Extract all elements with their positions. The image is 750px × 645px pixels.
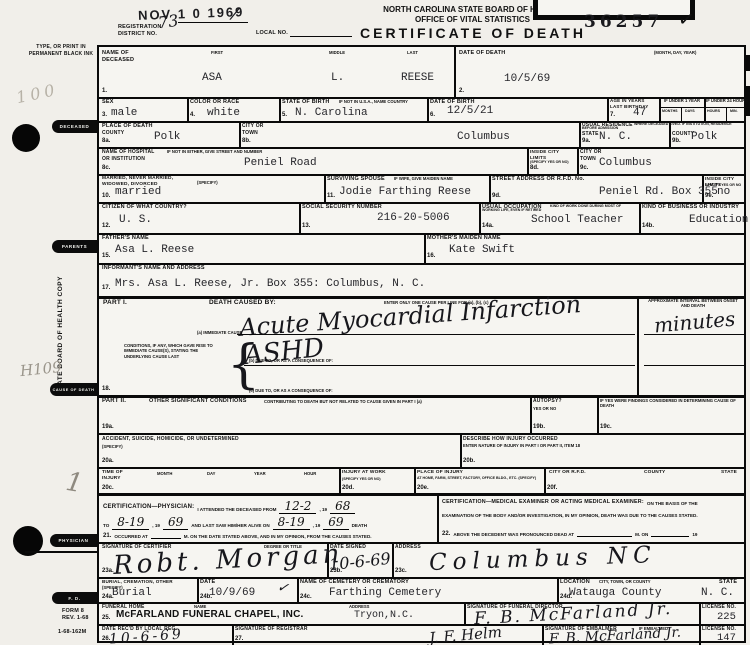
- res-sub: WHERE DECEASED LIVED. IF INSTITUTION, RE…: [582, 122, 742, 131]
- item-3: 3.: [102, 112, 107, 118]
- sex-value: male: [111, 107, 137, 119]
- res-city-value: Columbus: [599, 157, 652, 169]
- injury-city-label: CITY OR R.F.D.: [549, 470, 586, 476]
- under24-hours: HOURS: [707, 109, 720, 113]
- name-last-sub: LAST: [407, 50, 418, 55]
- marital-value: married: [115, 186, 161, 198]
- certme-text-3: ABOVE THE DECEDENT WAS PRONOUNCED DEAD A…: [453, 532, 574, 537]
- part2-conditions: OTHER SIGNIFICANT CONDITIONS: [149, 398, 247, 405]
- item-6: 6.: [430, 112, 435, 118]
- margin-tab-physician: PHYSICIAN: [50, 534, 97, 547]
- cemetery-value: Farthing Cemetery: [329, 587, 441, 599]
- dob-value: 12/5/21: [447, 105, 493, 117]
- item-12: 12.: [102, 223, 110, 229]
- work-label: INJURY AT WORK: [342, 470, 397, 476]
- citizen-label: CITIZEN OF WHAT COUNTRY?: [102, 204, 187, 211]
- print-instruction: TYPE, OR PRINT IN PERMANENT BLACK INK: [28, 44, 94, 57]
- industry-value: Education: [689, 214, 748, 226]
- conditions-note: CONDITIONS, IF ANY, WHICH GAVE RISE TO I…: [124, 343, 224, 359]
- accident-sub: (SPECIFY): [102, 444, 123, 449]
- icl1-sub: (SPECIFY YES OR NO): [530, 160, 572, 164]
- line-c-label: (c) DUE TO, OR AS A CONSEQUENCE OF:: [249, 388, 333, 393]
- sob-value: N. Carolina: [295, 107, 368, 119]
- lic1-value: 225: [717, 611, 736, 623]
- res-state-value: N. C.: [599, 131, 632, 143]
- occ-sub: KIND OF WORK DONE DURING MOST OF WORKING…: [482, 204, 632, 213]
- pencil-mark-1: 1: [64, 467, 86, 499]
- form-print-run: 1-68-162M: [58, 629, 86, 636]
- item-19c: 19c.: [600, 424, 612, 430]
- interval-b-blank: [644, 365, 744, 366]
- part2-note: CONTRIBUTING TO DEATH BUT NOT RELATED TO…: [264, 399, 422, 404]
- certp-text-3: AND LAST SAW HIM/HER ALIVE ON: [191, 523, 269, 528]
- bdate-label: DATE: [200, 579, 215, 586]
- item-20f: 20f.: [547, 485, 557, 491]
- part1-label: PART I.: [103, 299, 127, 307]
- bstate-value: N. C.: [701, 587, 734, 599]
- under24-min: MIN.: [730, 109, 738, 113]
- item-20c: 20c.: [102, 485, 114, 491]
- item-9d: 9d.: [492, 193, 501, 199]
- pencil-mark-100: 100: [14, 80, 60, 107]
- margin-tab-deceased: DECEASED: [52, 120, 97, 133]
- item-24c: 24c.: [300, 594, 312, 600]
- accident-label: ACCIDENT, SUICIDE, HOMICIDE, OR UNDETERM…: [102, 436, 239, 443]
- handwritten-attended-to-year: 69: [163, 515, 188, 530]
- name-label: NAME OF DECEASED: [102, 50, 148, 64]
- item-5: 5.: [282, 112, 287, 118]
- line-b-blank: [244, 365, 635, 366]
- toi-hour: HOUR: [304, 471, 316, 476]
- fh-value: McFARLAND FUNERAL CHAPEL, INC.: [116, 609, 303, 620]
- part1-caused-by: DEATH CAUSED BY:: [209, 299, 276, 307]
- item-19a: 19a.: [102, 424, 114, 430]
- item-21: 21.: [103, 533, 111, 539]
- name-first-sub: FIRST: [211, 50, 223, 55]
- how-note: ENTER NATURE OF INJURY IN PART I OR PART…: [463, 443, 580, 448]
- certme-text-4: M. ON: [635, 532, 648, 537]
- item-9a: 9a.: [582, 138, 590, 144]
- name-first-value: ASA: [202, 72, 222, 84]
- bloc-label: LOCATION: [560, 579, 590, 586]
- mother-value: Kate Swift: [449, 244, 515, 256]
- certp-text-6: M. ON THE DATE STATED ABOVE, AND IN MY O…: [184, 534, 372, 539]
- item-8c: 8c.: [102, 165, 110, 171]
- local-no-label: LOCAL NO.: [256, 30, 288, 37]
- spouse-label: SURVIVING SPOUSE: [327, 176, 385, 183]
- margin-tab-parents: PARENTS: [52, 240, 97, 253]
- hole-punch-top: [12, 124, 40, 152]
- certme-text-1: ON THE BASIS OF THE: [647, 501, 698, 506]
- certp-hour-blank: [151, 531, 181, 539]
- item-23a: 23a.: [102, 568, 114, 574]
- pod-city-value: Columbus: [457, 131, 510, 143]
- handwritten-last-seen: 8-19: [273, 515, 310, 530]
- bloc-value: Watauga County: [569, 587, 661, 599]
- occ-value: School Teacher: [531, 214, 623, 226]
- rsig-label: SIGNATURE OF REGISTRAR: [235, 626, 308, 633]
- death-certificate-scan: NOV 1 0 1969 / REGISTRATION DISTRICT NO.…: [0, 0, 750, 645]
- item-8b: 8b.: [242, 138, 251, 144]
- certp-19c: , 19: [313, 523, 321, 528]
- date-received-stamp: NOV 1 0 1969: [138, 4, 245, 23]
- name-middle-value: L.: [331, 72, 344, 84]
- under1-days: DAYS: [685, 109, 695, 113]
- findings-label: IF YES WERE FINDINGS CONSIDERED IN DETER…: [600, 398, 740, 409]
- hosp-value: Peniel Road: [244, 157, 317, 169]
- margin-tab-cause-of-death: CAUSE OF DEATH: [50, 383, 97, 396]
- certificate-number: 36257: [584, 12, 663, 32]
- spouse-value: Jodie Farthing Reese: [339, 186, 471, 198]
- street-value: Peniel Rd. Box 355: [599, 186, 718, 198]
- work-sub: (SPECIFY YES OR NO): [342, 477, 402, 481]
- handwritten-last-seen-year: 69: [323, 515, 348, 530]
- handwritten-bdate-check: ✓: [276, 579, 290, 597]
- item-9c: 9c.: [580, 165, 588, 171]
- handwritten-certifier-address: Columbus NC: [429, 542, 658, 576]
- pod-city-label: CITY OR TOWN: [242, 123, 272, 136]
- handwritten-registrar-signature: J. F. Helm: [428, 623, 502, 645]
- name-last-value: REESE: [401, 72, 434, 84]
- lic1-label: LICENSE NO.: [702, 604, 736, 611]
- certme-text-2: EXAMINATION OF THE BODY AND/OR INVESTIGA…: [442, 513, 698, 518]
- certp-death: DEATH: [352, 523, 367, 528]
- item-20d: 20d.: [342, 485, 354, 491]
- cemetery-label: NAME OF CEMETERY OR CREMATORY: [300, 579, 409, 586]
- marital-sub: (SPECIFY): [197, 180, 218, 185]
- item-22: 22.: [442, 531, 450, 537]
- certme-label: CERTIFICATION—MEDICAL EXAMINER OR ACTING…: [442, 499, 644, 506]
- item-19b: 19b.: [533, 424, 545, 430]
- part2-label: PART II.: [102, 398, 126, 406]
- certificate-form: NAME OF DECEASED FIRST MIDDLE LAST 1. AS…: [97, 45, 746, 643]
- handwritten-interval-minutes: minutes: [653, 307, 736, 338]
- toi-day: DAY: [207, 471, 215, 476]
- certme-19: 19: [692, 532, 697, 537]
- age-value: 47: [633, 107, 646, 119]
- autopsy-label: AUTOPSY?: [533, 398, 583, 405]
- handwritten-attended-from-year: 68: [330, 499, 355, 514]
- item-14a: 14a.: [482, 223, 494, 229]
- race-value: white: [207, 107, 240, 119]
- item-7: 7.: [610, 112, 615, 118]
- father-label: FATHER'S NAME: [102, 235, 149, 242]
- name-middle-sub: MIDDLE: [329, 50, 345, 55]
- certme-hour-blank: [577, 529, 632, 537]
- bloc-sub: CITY, TOWN, OR COUNTY: [599, 579, 651, 584]
- item-10: 10.: [102, 193, 110, 199]
- informant-label: INFORMANT'S NAME AND ADDRESS: [102, 265, 205, 272]
- line-b-label: (b) DUE TO, OR AS A CONSEQUENCE OF:: [249, 358, 333, 363]
- spouse-sub: IF WIFE, GIVE MAIDEN NAME: [394, 176, 453, 181]
- item-20e: 20e.: [417, 485, 429, 491]
- certp-19b: , 19: [152, 523, 160, 528]
- under1-months: MONTHS: [662, 109, 678, 113]
- sob-label: STATE OF BIRTH: [282, 99, 330, 106]
- informant-value: Mrs. Asa L. Reese, Jr. Box 355: Columbus…: [115, 278, 425, 290]
- item-16: 16.: [427, 253, 435, 259]
- item-17: 17.: [102, 285, 110, 291]
- item-9b: 9b.: [672, 138, 681, 144]
- fh-city-value: Tryon,N.C.: [354, 610, 414, 621]
- item-4: 4.: [190, 112, 195, 118]
- citizen-value: U. S.: [119, 214, 152, 226]
- toi-label: TIME OF INJURY: [102, 470, 132, 482]
- lic2-value: 147: [717, 632, 736, 644]
- interval-a-blank: [644, 334, 744, 335]
- item-20b: 20b.: [463, 458, 475, 464]
- registration-district-blank: [178, 22, 248, 23]
- certp-19a: , 19: [319, 507, 327, 512]
- item-27: 27.: [235, 636, 243, 642]
- dod-value: 10/5/69: [504, 73, 550, 85]
- dod-label: DATE OF DEATH: [459, 50, 505, 57]
- margin-tab-fd: F. D.: [52, 592, 97, 604]
- toi-month: MONTH: [157, 471, 172, 476]
- icl2-value: no: [717, 186, 730, 198]
- how-label: DESCRIBE HOW INJURY OCCURRED: [463, 436, 558, 443]
- checkmark-icon: ✓: [676, 6, 696, 33]
- dod-sub: (MONTH, DAY, YEAR): [654, 50, 696, 55]
- item-8a: 8a.: [102, 138, 110, 144]
- street-label: STREET ADDRESS OR R.F.D. No.: [492, 176, 585, 183]
- mother-label: MOTHER'S MAIDEN NAME: [427, 235, 501, 242]
- father-value: Asa L. Reese: [115, 244, 194, 256]
- ssn-label: SOCIAL SECURITY NUMBER: [302, 204, 382, 211]
- ssn-value: 216-20-5006: [377, 212, 450, 224]
- under1-label: IF UNDER 1 YEAR: [661, 98, 703, 103]
- autopsy-sub: YES OR NO: [533, 406, 556, 411]
- item-18: 18.: [102, 386, 110, 392]
- sob-sub: IF NOT IN U.S.A., NAME COUNTRY: [339, 99, 424, 104]
- item-25: 25.: [102, 615, 110, 621]
- caddr-label: ADDRESS: [395, 544, 421, 551]
- item-8d: 8d.: [530, 165, 539, 171]
- certme-date-blank: [651, 529, 689, 537]
- fh-sub-address: ADDRESS: [349, 604, 369, 609]
- handwritten-attended-from: 12-2: [279, 499, 316, 514]
- burial-value: Burial: [112, 587, 152, 599]
- injury-state-label: STATE: [721, 470, 737, 476]
- item-11: 11.: [327, 193, 335, 199]
- certp-label: CERTIFICATION—PHYSICIAN:: [103, 504, 194, 512]
- certp-to: TO: [103, 523, 109, 528]
- injury-county-label: COUNTY: [644, 470, 665, 476]
- item-14b: 14b.: [642, 223, 654, 229]
- form-revision: REV. 1-68: [62, 615, 89, 622]
- margin-divider-line: [25, 551, 97, 553]
- certp-occurred-at: OCCURRED AT: [114, 534, 147, 539]
- hosp-label: NAME OF HOSPITAL OR INSTITUTION: [102, 149, 160, 162]
- industry-label: KIND OF BUSINESS OR INDUSTRY: [642, 204, 739, 211]
- handwritten-attended-to: 8-19: [112, 515, 149, 530]
- certp-text-1: I ATTENDED THE DECEASED FROM: [197, 507, 276, 512]
- under24-label: IF UNDER 24 HOURS: [706, 98, 748, 103]
- item-13: 13.: [302, 223, 310, 229]
- item-2: 2.: [459, 88, 464, 94]
- hosp-sub: IF NOT IN EITHER, GIVE STREET AND NUMBER: [167, 149, 262, 154]
- bdate-value: 10/9/69: [209, 587, 255, 599]
- res-state-label: STATE: [582, 131, 599, 138]
- toi-year: YEAR: [254, 471, 266, 476]
- sex-label: SEX: [102, 99, 114, 106]
- poi-sub: AT HOME, FARM, STREET, FACTORY, OFFICE B…: [417, 476, 537, 480]
- pod-county-value: Polk: [154, 131, 180, 143]
- item-23c: 23c.: [395, 568, 407, 574]
- race-label: COLOR OR RACE: [190, 99, 239, 106]
- item-20a: 20a.: [102, 458, 114, 464]
- registration-district-value: 73: [157, 11, 180, 33]
- bstate-label: STATE: [719, 579, 737, 586]
- pod-county-label: COUNTY: [102, 130, 124, 137]
- certificate-title: CERTIFICATE OF DEATH: [318, 25, 628, 41]
- item-1: 1.: [102, 88, 107, 94]
- item-15: 15.: [102, 253, 110, 259]
- item-9e: 9e.: [705, 193, 713, 199]
- res-county-value: Polk: [691, 131, 717, 143]
